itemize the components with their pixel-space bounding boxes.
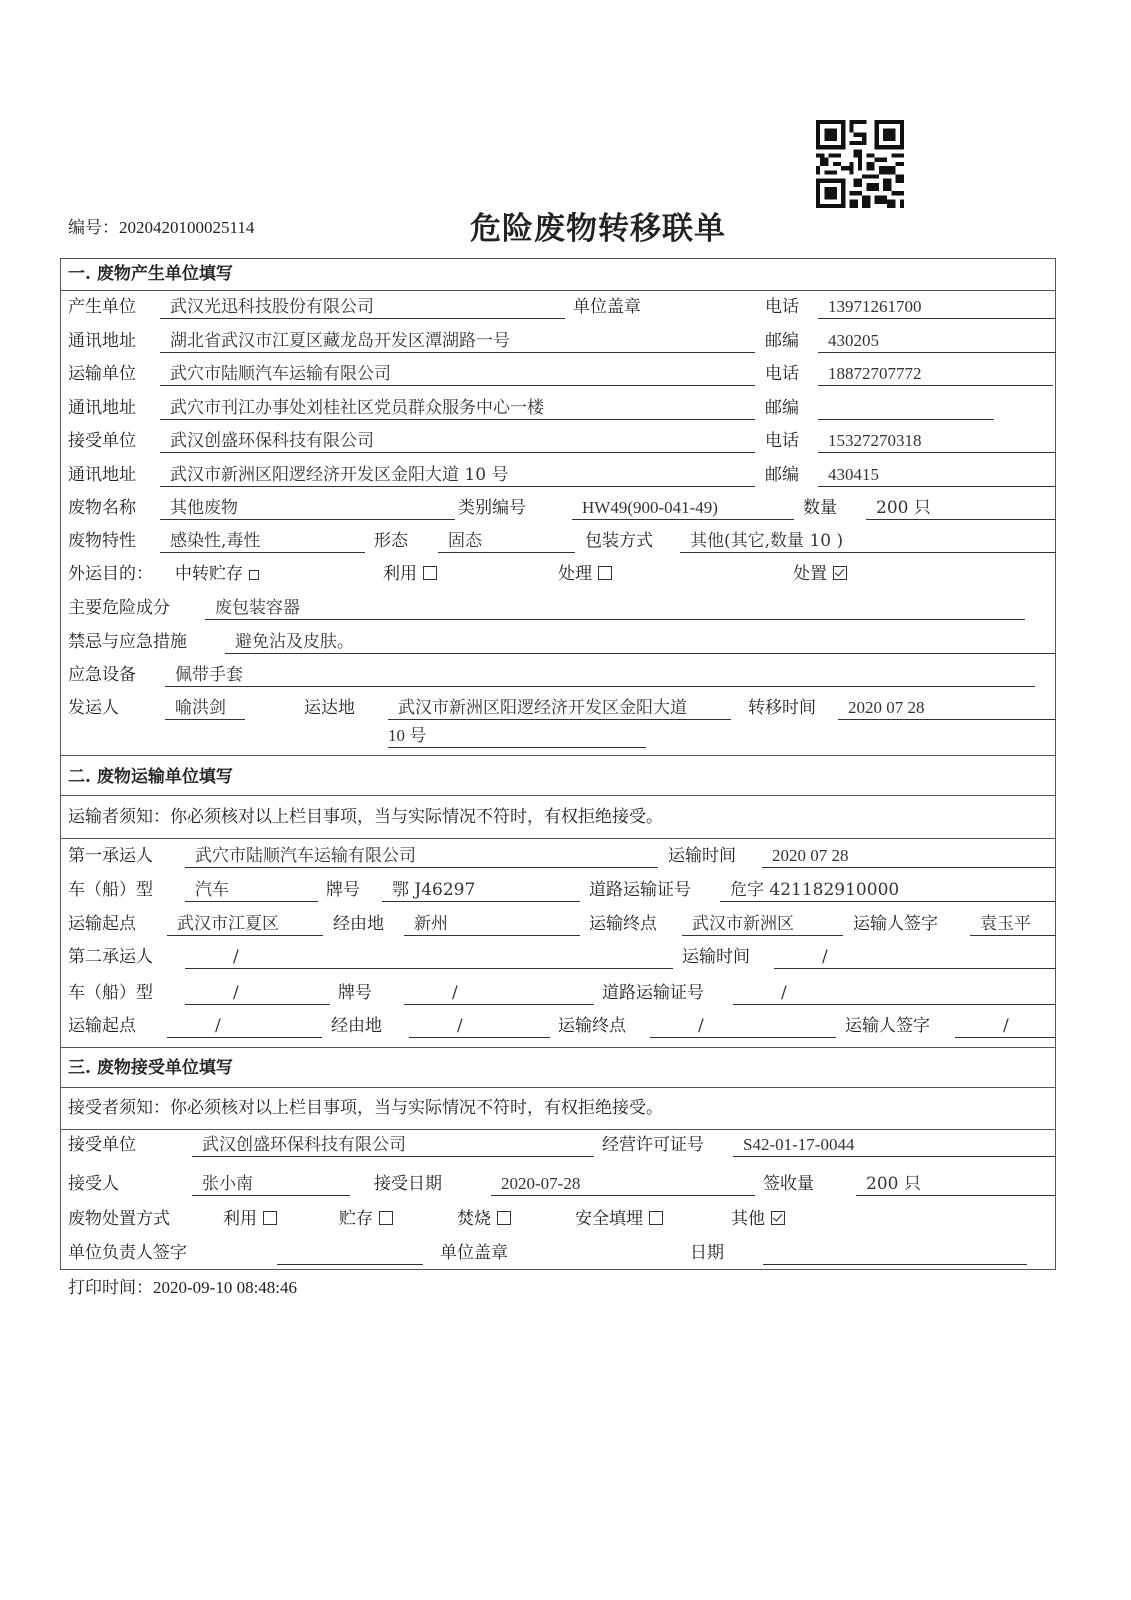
serial-number: 编号：2020420100025114 — [68, 217, 254, 239]
receiver-address-field[interactable]: 武汉市新洲区阳逻经济开发区金阳大道 10 号 — [160, 464, 755, 487]
second-terminus-label: 运输终点 — [558, 1015, 626, 1037]
property-field[interactable]: 感染性,毒性 — [160, 530, 365, 553]
receiver-postcode-label: 邮编 — [765, 464, 799, 486]
property-label: 废物特性 — [68, 530, 136, 552]
form-label: 形态 — [374, 530, 408, 552]
transfer-time-label: 转移时间 — [748, 697, 816, 719]
producer-phone-label: 电话 — [765, 296, 799, 318]
disposal-option-incineration[interactable]: 焚烧 — [457, 1208, 511, 1230]
second-vehicle-type-label: 车（船）型 — [68, 982, 153, 1004]
second-road-permit-label: 道路运输证号 — [602, 982, 704, 1004]
license-label: 经营许可证号 — [602, 1134, 704, 1156]
first-road-permit-field[interactable]: 危字 421182910000 — [720, 879, 1056, 902]
manager-signature-field[interactable] — [277, 1242, 423, 1265]
qr-code — [816, 120, 904, 208]
print-time-value: 2020-09-10 08:48:46 — [153, 1278, 297, 1297]
receiving-unit-field[interactable]: 武汉创盛环保科技有限公司 — [192, 1134, 594, 1157]
signed-quantity-field[interactable]: 200 只 — [856, 1173, 1056, 1196]
first-plate-label: 牌号 — [326, 879, 360, 901]
taboo-label: 禁忌与应急措施 — [68, 631, 187, 653]
disposal-option-utilization[interactable]: 利用 — [223, 1208, 277, 1230]
equipment-field[interactable]: 佩带手套 — [165, 664, 1035, 687]
section2-heading: 二. 废物运输单位填写 — [68, 766, 233, 788]
second-carrier-field[interactable]: / — [185, 946, 673, 969]
waste-name-label: 废物名称 — [68, 497, 136, 519]
divider — [60, 1129, 1056, 1130]
transporter-address-label: 通讯地址 — [68, 397, 136, 419]
date-field[interactable] — [763, 1242, 1027, 1265]
category-label: 类别编号 — [458, 497, 526, 519]
first-vehicle-type-label: 车（船）型 — [68, 879, 153, 901]
checkbox-icon[interactable] — [379, 1211, 393, 1225]
shipper-label: 发运人 — [68, 697, 119, 719]
receiver-label: 接受单位 — [68, 430, 136, 452]
section1-heading: 一. 废物产生单位填写 — [68, 263, 233, 285]
serial-label: 编号： — [68, 218, 119, 238]
checkbox-icon[interactable] — [423, 566, 437, 580]
first-origin-label: 运输起点 — [68, 913, 136, 935]
second-transport-time-label: 运输时间 — [682, 946, 750, 968]
first-transport-time-label: 运输时间 — [668, 845, 736, 867]
manager-signature-label: 单位负责人签字 — [68, 1242, 187, 1264]
producer-label: 产生单位 — [68, 296, 136, 318]
license-field[interactable]: S42-01-17-0044 — [733, 1134, 1056, 1157]
receiver-phone-field[interactable]: 15327270318 — [818, 430, 1056, 453]
waste-name-field[interactable]: 其他废物 — [160, 497, 455, 520]
first-origin-field[interactable]: 武汉市江夏区 — [167, 913, 323, 936]
divider — [60, 1047, 1056, 1048]
receiver-person-label: 接受人 — [68, 1173, 119, 1195]
receive-date-field[interactable]: 2020-07-28 — [491, 1173, 755, 1196]
receive-notice: 接受者须知：你必须核对以上栏目事项，当与实际情况不符时，有权拒绝接受。 — [68, 1097, 663, 1119]
second-plate-label: 牌号 — [338, 982, 372, 1004]
second-signature-field[interactable]: / — [955, 1015, 1056, 1038]
receiver-person-field[interactable]: 张小南 — [192, 1173, 350, 1196]
packaging-label: 包装方式 — [585, 530, 653, 552]
first-signature-field[interactable]: 袁玉平 — [970, 913, 1056, 936]
first-carrier-field[interactable]: 武穴市陆顺汽车运输有限公司 — [185, 845, 658, 868]
shipper-field[interactable]: 喻洪剑 — [165, 697, 245, 720]
second-road-permit-field[interactable]: / — [733, 982, 1056, 1005]
purpose-option-treatment[interactable]: 处理 — [558, 563, 612, 585]
transporter-address-field[interactable]: 武穴市刊江办事处刘桂社区党员群众服务中心一楼 — [160, 397, 755, 420]
checkbox-icon[interactable] — [497, 1211, 511, 1225]
purpose-option-disposal[interactable]: 处置 — [793, 563, 847, 585]
print-time-label: 打印时间： — [68, 1278, 153, 1298]
first-terminus-field[interactable]: 武汉市新洲区 — [682, 913, 843, 936]
producer-phone-field[interactable]: 13971261700 — [818, 296, 1056, 319]
second-via-label: 经由地 — [331, 1015, 382, 1037]
receiving-unit-label: 接受单位 — [68, 1134, 136, 1156]
first-transport-time-field[interactable]: 2020 07 28 — [762, 845, 1056, 868]
equipment-label: 应急设备 — [68, 664, 136, 686]
category-field[interactable]: HW49(900-041-49) — [572, 497, 794, 520]
section3-heading: 三. 废物接受单位填写 — [68, 1057, 233, 1079]
first-terminus-label: 运输终点 — [589, 913, 657, 935]
transporter-postcode-label: 邮编 — [765, 397, 799, 419]
first-plate-field[interactable]: 鄂 J46297 — [382, 879, 580, 902]
checkbox-icon[interactable] — [263, 1211, 277, 1225]
transport-notice: 运输者须知：你必须核对以上栏目事项，当与实际情况不符时，有权拒绝接受。 — [68, 806, 663, 828]
first-vehicle-type-field[interactable]: 汽车 — [185, 879, 318, 902]
quantity-field[interactable]: 200 只 — [866, 497, 1056, 520]
destination-label: 运达地 — [304, 697, 355, 719]
destination-field-line1[interactable]: 武汉市新洲区阳逻经济开发区金阳大道 — [388, 697, 731, 720]
first-via-label: 经由地 — [333, 913, 384, 935]
receiver-phone-label: 电话 — [765, 430, 799, 452]
hazard-label: 主要危险成分 — [68, 597, 170, 619]
receive-date-label: 接受日期 — [374, 1173, 442, 1195]
second-via-field[interactable]: / — [409, 1015, 550, 1038]
disposal-option-landfill[interactable]: 安全填埋 — [575, 1208, 663, 1230]
producer-address-label: 通讯地址 — [68, 330, 136, 352]
producer-postcode-field[interactable]: 430205 — [818, 330, 1056, 353]
producer-field[interactable]: 武汉光迅科技股份有限公司 — [160, 296, 565, 319]
disposal-option-storage[interactable]: 贮存 — [339, 1208, 393, 1230]
checkbox-checked-icon[interactable] — [771, 1211, 785, 1225]
disposal-label: 废物处置方式 — [68, 1208, 170, 1230]
date-label: 日期 — [690, 1242, 724, 1264]
quantity-label: 数量 — [803, 497, 837, 519]
receiver-postcode-field[interactable]: 430415 — [818, 464, 1056, 487]
transporter-postcode-field[interactable] — [818, 397, 994, 420]
disposal-option-other[interactable]: 其他 — [731, 1208, 785, 1230]
second-transport-time-field[interactable]: / — [774, 946, 1056, 969]
first-via-field[interactable]: 新州 — [404, 913, 580, 936]
divider — [60, 1087, 1056, 1088]
receiver-field[interactable]: 武汉创盛环保科技有限公司 — [160, 430, 755, 453]
print-time: 打印时间：2020-09-10 08:48:46 — [68, 1277, 297, 1299]
transporter-label: 运输单位 — [68, 363, 136, 385]
hazard-field[interactable]: 废包装容器 — [205, 597, 1025, 620]
serial-value: 2020420100025114 — [119, 218, 254, 237]
checkbox-icon[interactable] — [649, 1211, 663, 1225]
transfer-time-field[interactable]: 2020 07 28 — [838, 697, 1056, 720]
unit-seal-label: 单位盖章 — [440, 1242, 508, 1264]
first-signature-label: 运输人签字 — [853, 913, 938, 935]
transporter-phone-field[interactable]: 18872707772 — [818, 363, 1053, 386]
seal-label: 单位盖章 — [573, 296, 641, 318]
divider — [60, 838, 1056, 839]
divider — [60, 290, 1056, 291]
first-carrier-label: 第一承运人 — [68, 845, 153, 867]
second-terminus-field[interactable]: / — [650, 1015, 836, 1038]
purpose-label: 外运目的： — [68, 563, 153, 585]
second-origin-label: 运输起点 — [68, 1015, 136, 1037]
second-signature-label: 运输人签字 — [845, 1015, 930, 1037]
transporter-field[interactable]: 武穴市陆顺汽车运输有限公司 — [160, 363, 755, 386]
purpose-option-transfer-storage[interactable]: 中转贮存 — [175, 563, 259, 585]
second-vehicle-type-field[interactable]: / — [185, 982, 330, 1005]
producer-postcode-label: 邮编 — [765, 330, 799, 352]
checkbox-icon[interactable] — [249, 570, 259, 580]
page-title: 危险废物转移联单 — [470, 203, 726, 248]
checkbox-checked-icon[interactable] — [833, 566, 847, 580]
first-road-permit-label: 道路运输证号 — [589, 879, 691, 901]
signed-quantity-label: 签收量 — [763, 1173, 814, 1195]
second-origin-field[interactable]: / — [167, 1015, 322, 1038]
second-carrier-label: 第二承运人 — [68, 946, 153, 968]
packaging-field[interactable]: 其他(其它,数量 10 ) — [680, 530, 1056, 553]
producer-address-field[interactable]: 湖北省武汉市江夏区藏龙岛开发区潭湖路一号 — [160, 330, 755, 353]
transporter-phone-label: 电话 — [765, 363, 799, 385]
destination-field-line2[interactable]: 10 号 — [388, 725, 646, 748]
form-field[interactable]: 固态 — [438, 530, 575, 553]
purpose-option-utilization[interactable]: 利用 — [383, 563, 437, 585]
taboo-field[interactable]: 避免沾及皮肤。 — [225, 631, 1056, 654]
checkbox-icon[interactable] — [598, 566, 612, 580]
divider — [60, 755, 1056, 756]
divider — [60, 795, 1056, 796]
receiver-address-label: 通讯地址 — [68, 464, 136, 486]
second-plate-field[interactable]: / — [404, 982, 594, 1005]
